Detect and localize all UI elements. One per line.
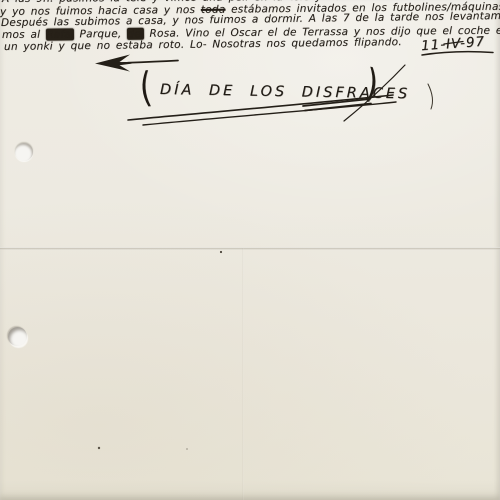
scribbled-word: del — [127, 28, 144, 40]
horizontal-fold-crease — [0, 247, 500, 250]
punch-hole-bottom — [8, 327, 27, 346]
ink-specks — [98, 251, 222, 450]
stray-pen-mark — [428, 84, 432, 109]
left-arrow-icon — [95, 55, 178, 72]
scanned-note-page: A las 9h. pusimos la tele y vimos una pe… — [0, 0, 500, 500]
ink-strokes-overlay — [0, 0, 500, 500]
vertical-fold-crease — [242, 248, 244, 500]
scribbled-word: Rafal — [46, 28, 74, 40]
date-annotation: 11-IV-97 — [421, 34, 486, 54]
caption-open-paren: ( — [138, 68, 153, 110]
note-text: Parque, — [74, 28, 127, 40]
punch-hole-top — [15, 143, 33, 161]
note-text: mos al — [2, 29, 46, 41]
